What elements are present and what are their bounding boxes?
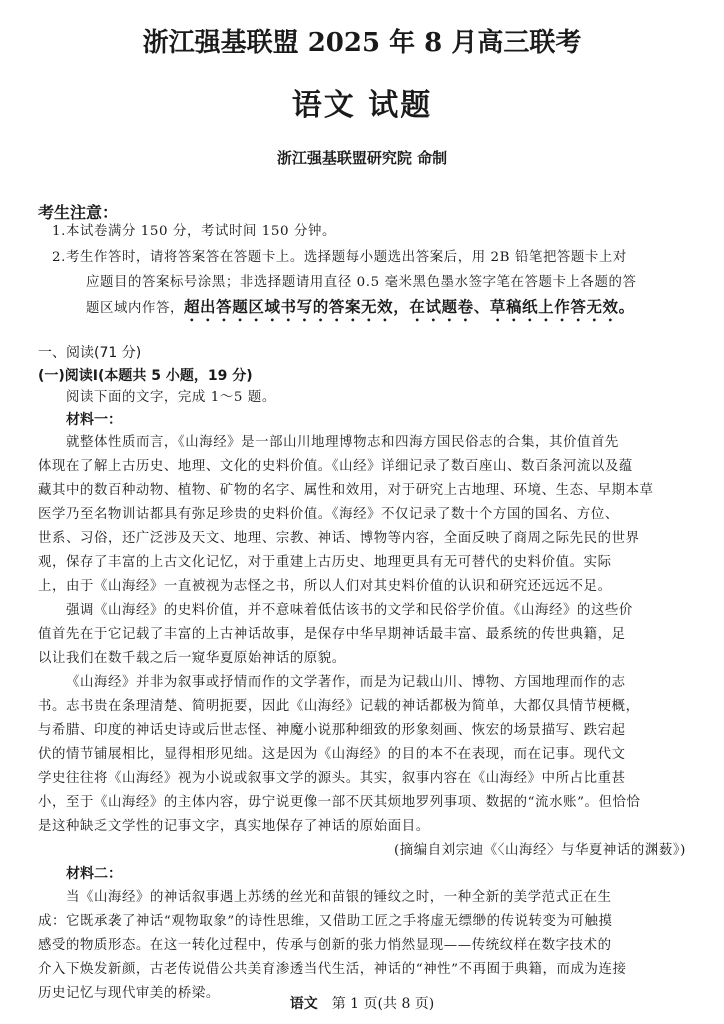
paragraph-line: 藏其中的数百种动物、植物、矿物的名字、属性和效用，对于研究上古地理、环境、生态、… xyxy=(38,481,690,501)
paragraph-line: 感受的物质形态。在这一转化过程中，传承与创新的张力悄然显现——传统纹样在数字技术… xyxy=(38,936,690,956)
notice-item-2-line-2: 应题目的答案标号涂黑；非选择题请用直径 0.5 毫米黑色墨水签字笔在答题卡上各题… xyxy=(86,273,724,293)
paragraph-line: 学史往往将《山海经》视为小说或叙事文学的源头。其实，叙事内容在《山海经》中所占比… xyxy=(38,769,690,789)
paragraph-line: 小，至于《山海经》的主体内容，毋宁说更像一部不厌其烦地罗列事项、数据的“流水账”… xyxy=(38,793,690,813)
notice-item-1: 1.本试卷满分 150 分，考试时间 150 分钟。 xyxy=(52,222,704,242)
paragraph-line: 世系、习俗，还广泛涉及天文、地理、宗教、神话、博物等内容，全面反映了商周之际先民… xyxy=(38,529,690,549)
reading-instruction: 阅读下面的文字，完成 1～5 题。 xyxy=(66,388,718,408)
paragraph-line: 成：它既承袭了神话“观物取象”的诗性思维，又借助工匠之手将虚无缥缈的传说转变为可… xyxy=(38,912,690,932)
paragraph-line: 介入下焕发新颜，古老传说借公共美育渗透当代生活，神话的“神性”不再囿于典籍，而成… xyxy=(38,960,690,980)
paragraph-line: 上，由于《山海经》一直被视为志怪之书，所以人们对其史料价值的认识和研究还远远不足… xyxy=(38,577,690,597)
exam-page: 浙江强基联盟 2025 年 8 月高三联考 语文 试题 浙江强基联盟研究院 命制… xyxy=(0,0,724,1024)
paragraph-line: 体现在了解上古历史、地理、文化的史料价值。《山经》详细记录了数百座山、数百条河流… xyxy=(38,457,690,477)
paragraph-line: 医学乃至名物训诂都具有弥足珍贵的史料价值。《海经》不仅记录了数十个方国的国名、方… xyxy=(38,505,690,525)
paragraph-line: 当《山海经》的神话叙事遇上苏绣的丝光和苗银的锤纹之时，一种全新的美学范式正在生 xyxy=(66,888,718,908)
material-1-source: (摘编自刘宗迪《〈山海经〉与华夏神话的渊薮》) xyxy=(0,841,686,861)
exam-subject-title: 语文 试题 xyxy=(0,80,724,124)
notice-plain-text: 题区域内作答， xyxy=(86,301,184,316)
paragraph-line: 观，保存了丰富的上古文化记忆，对于重建上古历史、地理更具有无可替代的史料价值。实… xyxy=(38,553,690,573)
exam-title: 浙江强基联盟 2025 年 8 月高三联考 xyxy=(0,22,724,59)
paragraph-line: 就整体性质而言，《山海经》是一部山川地理博物志和四海方国民俗志的合集，其价值首先 xyxy=(66,433,718,453)
paragraph-line: 以让我们在数千载之后一窥华夏原始神话的原貌。 xyxy=(38,649,690,669)
notice-item-2-line-1: 2.考生作答时，请将答案答在答题卡上。选择题每小题选出答案后，用 2B 铅笔把答… xyxy=(52,248,704,268)
paragraph-line: 与希腊、印度的神话史诗或后世志怪、神魔小说那种细致的形象刻画、恢宏的场景描写、跌… xyxy=(38,721,690,741)
paragraph-line: 值首先在于它记载了丰富的上古神话故事，是保存中华早期神话最丰富、最系统的传世典籍… xyxy=(38,625,690,645)
notice-emphasis-text: 超出答题区域书写的答案无效，在试题卷、草稿纸上作答无效。 xyxy=(184,298,635,316)
notice-item-2-line-3: 题区域内作答，超出答题区域书写的答案无效，在试题卷、草稿纸上作答无效。 xyxy=(86,297,724,325)
material-1-label: 材料一： xyxy=(66,410,718,430)
paragraph-line: 《山海经》并非为叙事或抒情而作的文学著作，而是为记载山川、博物、方国地理而作的志 xyxy=(66,673,718,693)
paragraph-line: 强调《山海经》的史料价值，并不意味着低估该书的文学和民俗学价值。《山海经》的这些… xyxy=(66,601,718,621)
paragraph-line: 是这种缺乏文学性的记事文字，真实地保存了神话的原始面目。 xyxy=(38,817,690,837)
subpart-title: (一)阅读Ⅰ(本题共 5 小题，19 分) xyxy=(38,366,690,386)
page-footer: 语文第 1 页(共 8 页) xyxy=(0,993,724,1013)
material-2-label: 材料二： xyxy=(66,864,718,884)
footer-page-info: 第 1 页(共 8 页) xyxy=(332,996,435,1012)
notice-heading: 考生注意： xyxy=(38,200,118,223)
paragraph-line: 书。志书贵在条理清楚、简明扼要，因此《山海经》记载的神话都极为简单，大都仅具情节… xyxy=(38,697,690,717)
part-title: 一、阅读(71 分) xyxy=(38,343,690,363)
footer-subject: 语文 xyxy=(290,996,318,1012)
paragraph-line: 伏的情节铺展相比，显得相形见绌。这是因为《山海经》的目的本不在表现，而在记事。现… xyxy=(38,745,690,765)
exam-issuer: 浙江强基联盟研究院 命制 xyxy=(0,147,724,168)
